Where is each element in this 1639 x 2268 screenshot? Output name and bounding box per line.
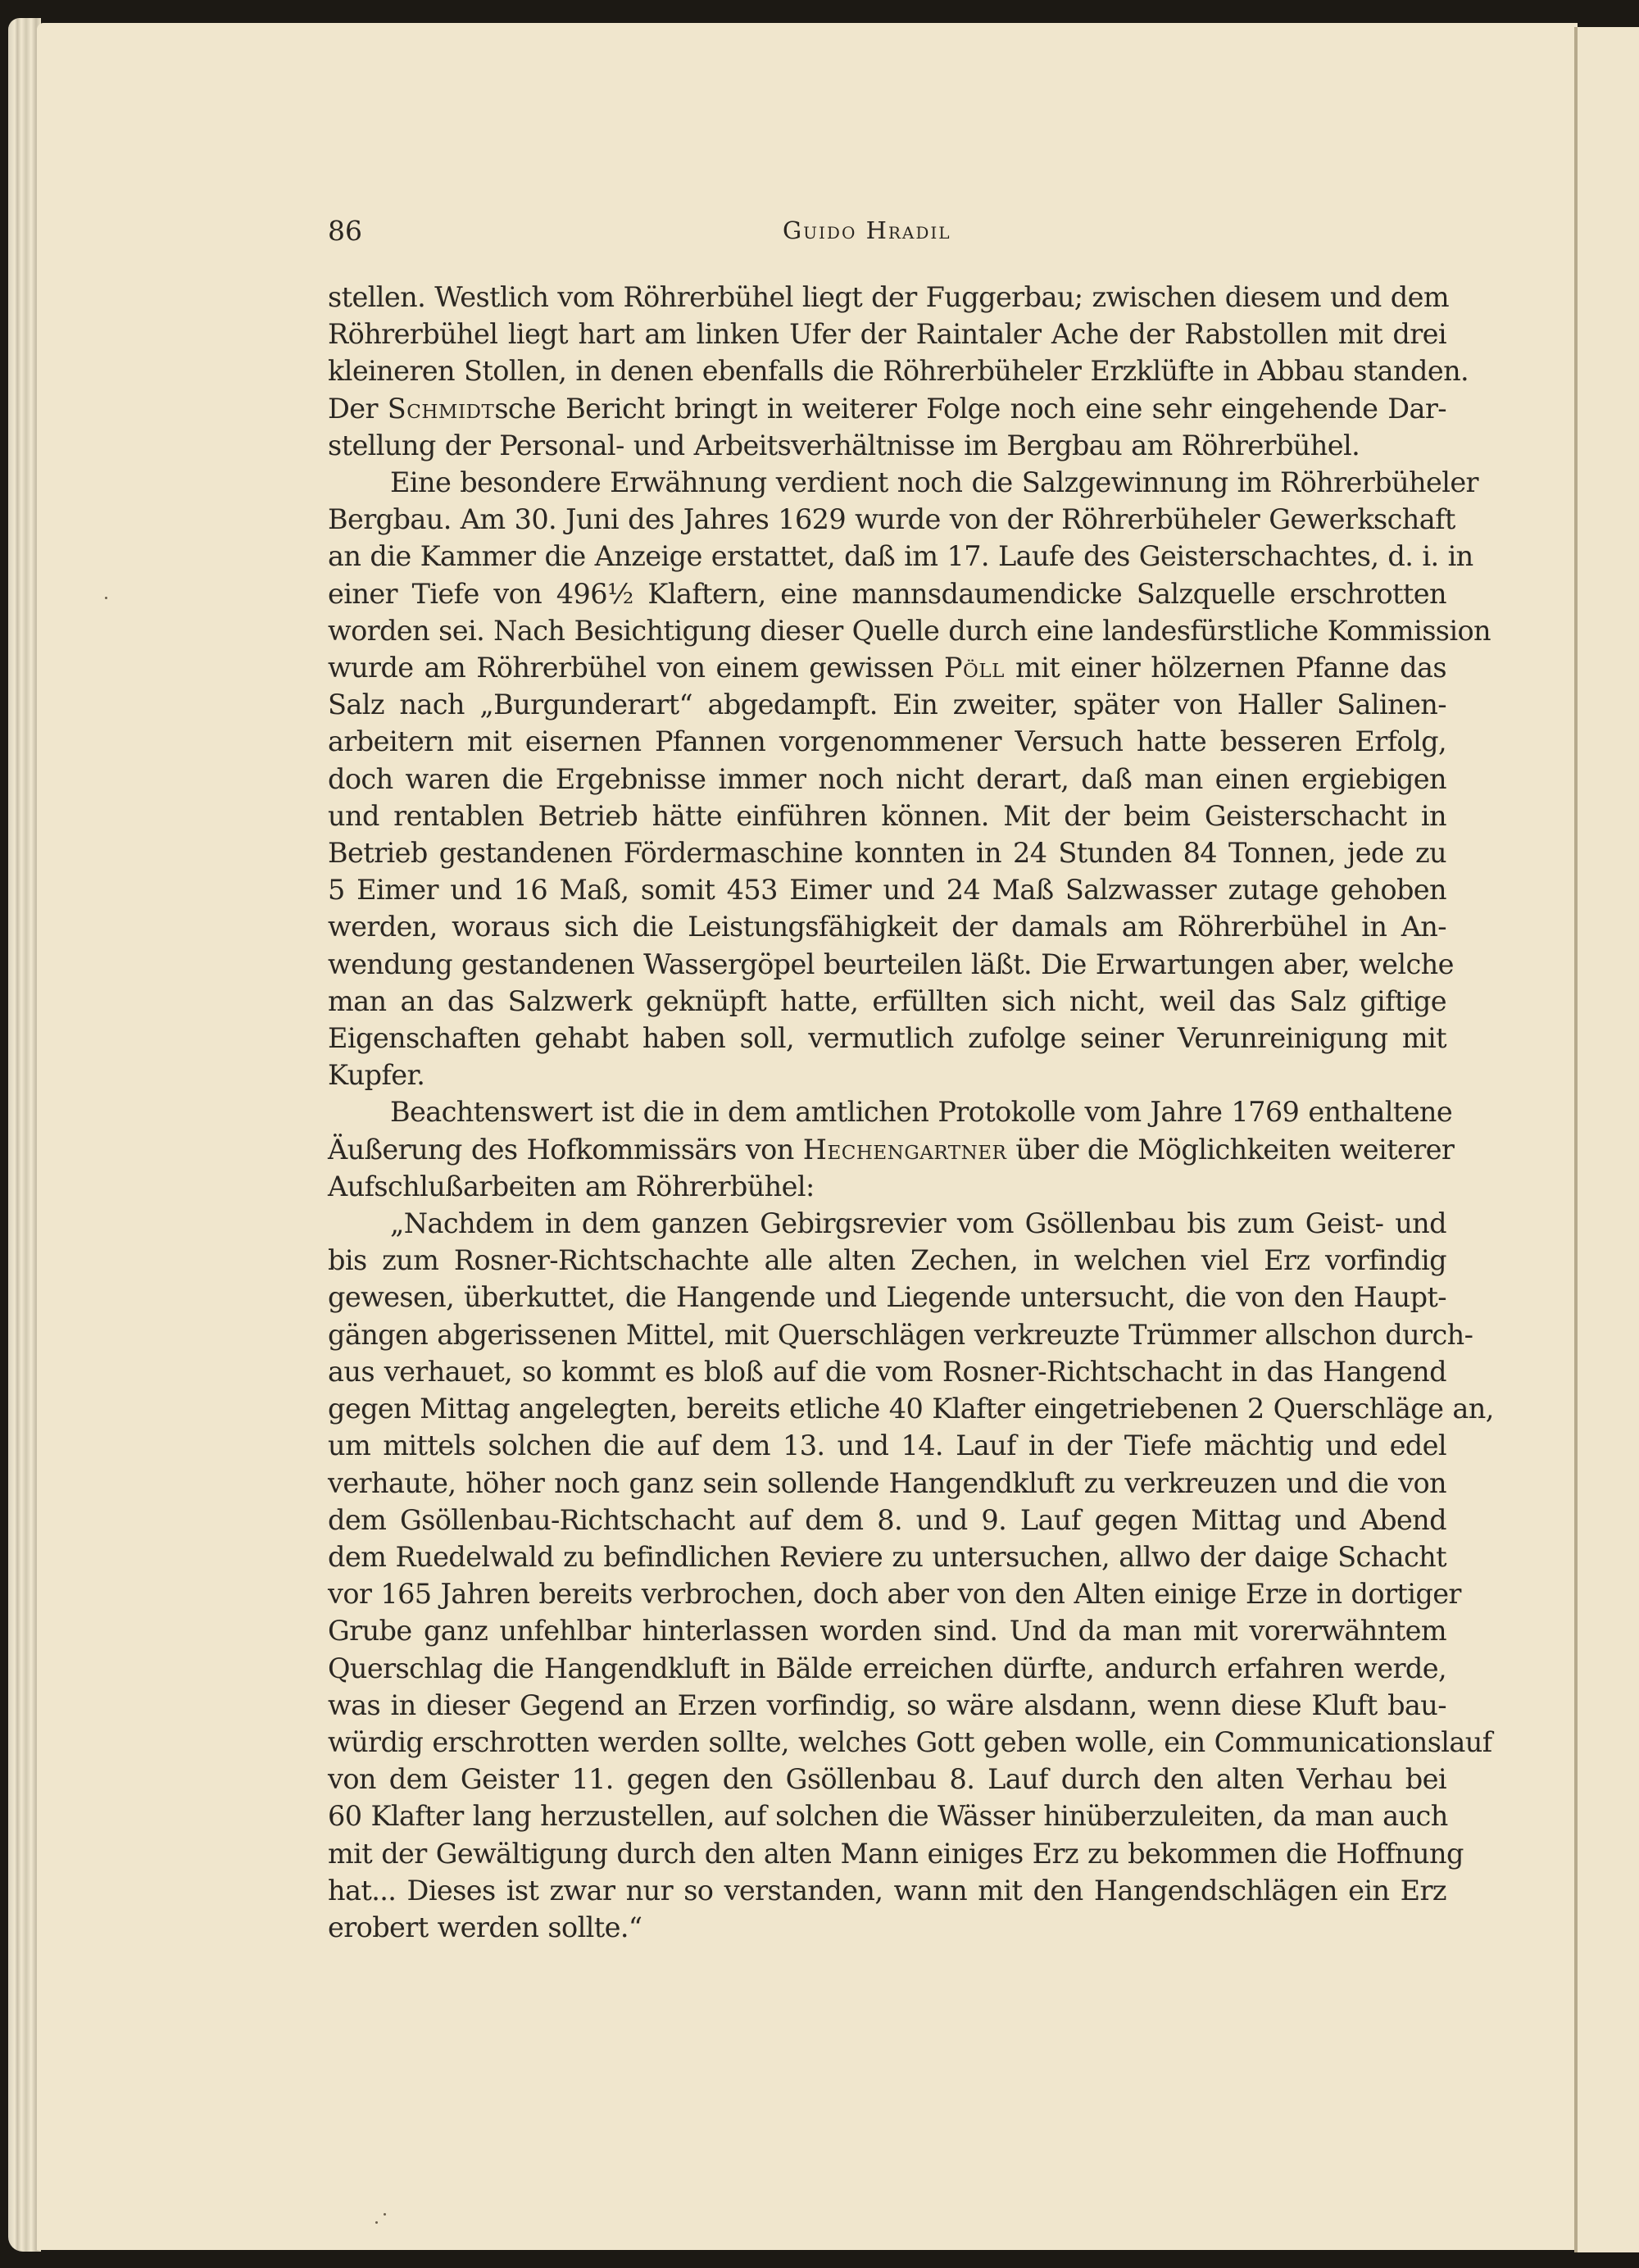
text-line: doch waren die Ergebnisse immer noch nic…	[328, 761, 1446, 798]
text-line: Grube ganz unfehlbar hinterlassen worden…	[328, 1612, 1446, 1649]
text-line: dem Ruedelwald zu befindlichen Reviere z…	[328, 1539, 1446, 1575]
text-line: Röhrerbühel liegt hart am linken Ufer de…	[328, 316, 1446, 352]
text-line: was in dieser Gegend an Erzen vorfindig,…	[328, 1687, 1446, 1724]
paragraph-2: Eine besondere Erwähnung verdient noch d…	[328, 464, 1446, 1093]
text-line: kleineren Stollen, in denen ebenfalls di…	[328, 352, 1446, 389]
text-line: aus verhauet, so kommt es bloß auf die v…	[328, 1353, 1446, 1390]
text-line: Querschlag die Hangendkluft in Bälde err…	[328, 1650, 1446, 1687]
page-number: 86	[328, 215, 362, 247]
text-line: gängen abgerissenen Mittel, mit Querschl…	[328, 1316, 1446, 1353]
text-line: 60 Klafter lang herzustellen, auf solche…	[328, 1798, 1446, 1834]
text-line: stellen. Westlich vom Röhrerbühel liegt …	[328, 279, 1446, 316]
text-line: verhaute, höher noch ganz sein sollende …	[328, 1465, 1446, 1502]
text-line: Eine besondere Erwähnung verdient noch d…	[328, 464, 1446, 501]
text-line: man an das Salzwerk geknüpft hatte, erfü…	[328, 983, 1446, 1020]
text-line: um mittels solchen die auf dem 13. und 1…	[328, 1427, 1446, 1464]
text-line: 5 Eimer und 16 Maß, somit 453 Eimer und …	[328, 871, 1446, 908]
text-line: wendung gestandenen Wassergöpel beurteil…	[328, 946, 1446, 983]
text-line: wurde am Röhrerbühel von einem gewissen …	[328, 649, 1446, 686]
text-line: Der Schmidtsche Bericht bringt in weiter…	[328, 390, 1446, 427]
text-line: mit der Gewältigung durch den alten Mann…	[328, 1835, 1446, 1872]
paragraph-1: stellen. Westlich vom Röhrerbühel liegt …	[328, 279, 1446, 464]
text-line: an die Kammer die Anzeige erstattet, daß…	[328, 538, 1446, 575]
text-line: erobert werden sollte.“	[328, 1909, 1446, 1946]
text-line: Eigenschaften gehabt haben soll, vermutl…	[328, 1020, 1446, 1057]
text-line: Salz nach „Burgunderart“ abgedampft. Ein…	[328, 686, 1446, 723]
text-line: vor 165 Jahren bereits verbrochen, doch …	[328, 1575, 1446, 1612]
text-line: gegen Mittag angelegten, bereits etliche…	[328, 1390, 1446, 1427]
text-line: Aufschlußarbeiten am Röhrerbühel:	[328, 1168, 1446, 1205]
paragraph-3: Beachtenswert ist die in dem amtlichen P…	[328, 1093, 1446, 1205]
text-line: bis zum Rosner-Richtschachte alle alten …	[328, 1242, 1446, 1279]
text-line: Betrieb gestandenen Fördermaschine konnt…	[328, 834, 1446, 871]
page-header: 86 Guido Hradil	[328, 215, 1446, 252]
page-edge-stack	[8, 18, 41, 2252]
text-line: arbeitern mit eisernen Pfannen vorgenomm…	[328, 723, 1446, 760]
text-line: „Nachdem in dem ganzen Gebirgsrevier vom…	[328, 1205, 1446, 1242]
small-caps-name: Hechengartner	[803, 1134, 1007, 1166]
body-text: stellen. Westlich vom Röhrerbühel liegt …	[328, 279, 1446, 1946]
text-line: werden, woraus sich die Leistungsfähigke…	[328, 908, 1446, 945]
text-line: von dem Geister 11. gegen den Gsöllenbau…	[328, 1761, 1446, 1798]
small-caps-name: Pöll	[944, 652, 1005, 684]
scan-speck	[384, 2213, 386, 2216]
scan-speck	[105, 597, 107, 599]
text-line: und rentablen Betrieb hätte einführen kö…	[328, 798, 1446, 834]
text-line: dem Gsöllenbau-Richtschacht auf dem 8. u…	[328, 1502, 1446, 1539]
text-line: hat... Dieses ist zwar nur so verstanden…	[328, 1872, 1446, 1909]
adjacent-page-edge	[1578, 27, 1639, 2252]
running-head-author: Guido Hradil	[783, 216, 951, 244]
text-line: würdig erschrotten werden sollte, welche…	[328, 1724, 1446, 1761]
text-line: stellung der Personal- und Arbeitsverhäl…	[328, 427, 1446, 464]
text-line: Beachtenswert ist die in dem amtlichen P…	[328, 1093, 1446, 1130]
scan-speck	[375, 2221, 378, 2224]
text-line: Kupfer.	[328, 1057, 1446, 1093]
small-caps-name: Schmidt	[388, 393, 495, 425]
paragraph-4-quotation: „Nachdem in dem ganzen Gebirgsrevier vom…	[328, 1205, 1446, 1946]
text-line: Äußerung des Hofkommissärs von Hechengar…	[328, 1131, 1446, 1168]
text-line: einer Tiefe von 496½ Klaftern, eine mann…	[328, 575, 1446, 612]
text-line: gewesen, überkuttet, die Hangende und Li…	[328, 1279, 1446, 1316]
text-line: Bergbau. Am 30. Juni des Jahres 1629 wur…	[328, 501, 1446, 538]
text-line: worden sei. Nach Besichtigung dieser Que…	[328, 612, 1446, 649]
